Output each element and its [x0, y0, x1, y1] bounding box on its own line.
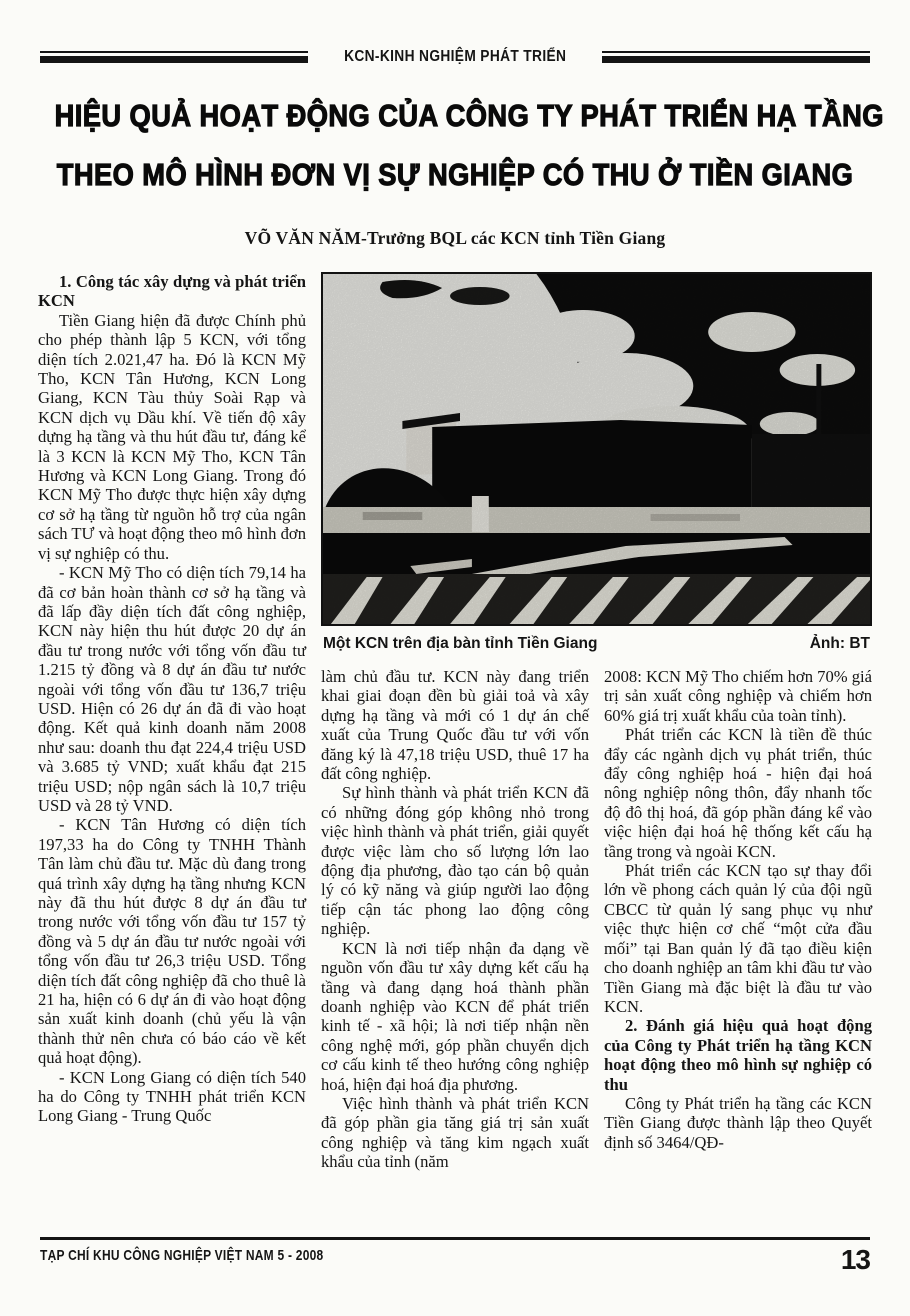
photo-caption-row: Một KCN trên địa bàn tỉnh Tiền Giang Ảnh… — [321, 626, 872, 653]
page-footer: TẠP CHÍ KHU CÔNG NGHIỆP VIỆT NAM 5 - 200… — [40, 1237, 870, 1273]
paragraph: Công ty Phát triển hạ tầng các KCN Tiền … — [604, 1094, 872, 1152]
section-heading-2: 2. Đánh giá hiệu quả hoạt động của Công … — [604, 1016, 872, 1094]
paragraph: - KCN Long Giang có diện tích 540 ha do … — [38, 1068, 306, 1126]
article-body: 1. Công tác xây dựng và phát triển KCN T… — [0, 272, 910, 1172]
paragraph: làm chủ đầu tư. KCN này đang triển khai … — [321, 667, 589, 783]
paragraph: Sự hình thành và phát triển KCN đã có nh… — [321, 783, 589, 938]
paragraph: KCN là nơi tiếp nhận đa dạng về nguồn vố… — [321, 939, 589, 1094]
paragraph: Phát triển các KCN tạo sự thay đổi lớn v… — [604, 861, 872, 1016]
industrial-zone-photo — [321, 272, 872, 626]
section-heading-1: 1. Công tác xây dựng và phát triển KCN — [38, 272, 306, 311]
masthead-rule-right — [602, 51, 870, 63]
paragraph: Phát triển các KCN là tiền đề thúc đẩy c… — [604, 725, 872, 861]
author-byline: VÕ VĂN NĂM-Trưởng BQL các KCN tỉnh Tiền … — [0, 228, 910, 249]
paragraph: Việc hình thành và phát triển KCN đã góp… — [321, 1094, 589, 1172]
photo-caption: Một KCN trên địa bàn tỉnh Tiền Giang — [323, 635, 597, 653]
masthead: KCN-KINH NGHIỆM PHÁT TRIỂN — [0, 0, 910, 66]
article-title: HIỆU QUẢ HOẠT ĐỘNG CỦA CÔNG TY PHÁT TRIỂ… — [0, 86, 910, 204]
paragraph: - KCN Mỹ Tho có diện tích 79,14 ha đã cơ… — [38, 563, 306, 815]
paragraph: 2008: KCN Mỹ Tho chiếm hơn 70% giá trị s… — [604, 667, 872, 725]
column-middle: làm chủ đầu tư. KCN này đang triển khai … — [321, 667, 589, 1172]
photo-block: Một KCN trên địa bàn tỉnh Tiền Giang Ảnh… — [321, 272, 872, 667]
magazine-page: KCN-KINH NGHIỆM PHÁT TRIỂN HIỆU QUẢ HOẠT… — [0, 0, 910, 1316]
page-number: 13 — [841, 1247, 870, 1273]
article-title-line2: THEO MÔ HÌNH ĐƠN VỊ SỰ NGHIỆP CÓ THU Ở T… — [55, 145, 856, 204]
article-title-line1: HIỆU QUẢ HOẠT ĐỘNG CỦA CÔNG TY PHÁT TRIỂ… — [55, 86, 856, 145]
column-left: 1. Công tác xây dựng và phát triển KCN T… — [38, 272, 306, 1172]
photo-credit: Ảnh: BT — [810, 635, 870, 653]
section-label: KCN-KINH NGHIỆM PHÁT TRIỂN — [344, 48, 566, 66]
paragraph: - KCN Tân Hương có diện tích 197,33 ha d… — [38, 815, 306, 1067]
journal-name: TẠP CHÍ KHU CÔNG NGHIỆP VIỆT NAM 5 - 200… — [40, 1247, 323, 1264]
masthead-rule-left — [40, 51, 308, 63]
paragraph: Tiền Giang hiện đã được Chính phủ cho ph… — [38, 311, 306, 563]
column-right: 2008: KCN Mỹ Tho chiếm hơn 70% giá trị s… — [604, 667, 872, 1172]
